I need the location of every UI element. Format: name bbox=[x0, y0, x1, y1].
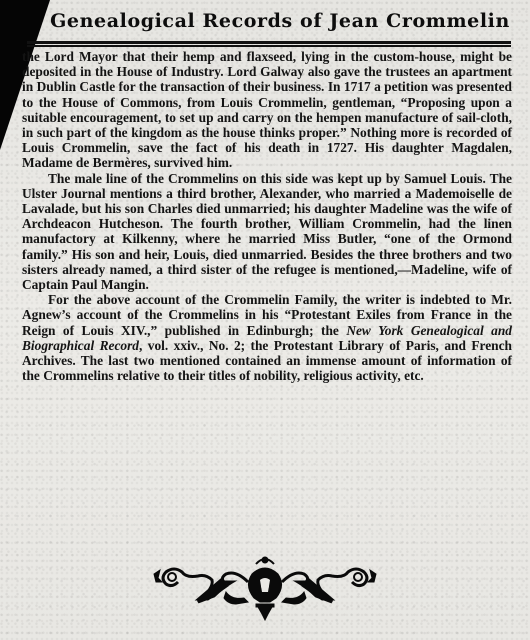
paragraph-3: For the above account of the Crommelin F… bbox=[22, 292, 512, 383]
page-title: Genealogical Records of Jean Crommelin bbox=[50, 10, 510, 32]
header-rule-thin bbox=[27, 45, 511, 47]
paragraph-2: The male line of the Crommelins on this … bbox=[22, 171, 512, 293]
paragraph-1: the Lord Mayor that their hemp and flaxs… bbox=[22, 49, 512, 171]
page-header: Genealogical Records of Jean Crommelin bbox=[0, 6, 530, 40]
header-rule-thick bbox=[27, 41, 511, 44]
body-text: the Lord Mayor that their hemp and flaxs… bbox=[22, 49, 512, 383]
document-page: Genealogical Records of Jean Crommelin t… bbox=[0, 0, 530, 640]
dragon-vase-ornament-icon bbox=[152, 552, 378, 622]
